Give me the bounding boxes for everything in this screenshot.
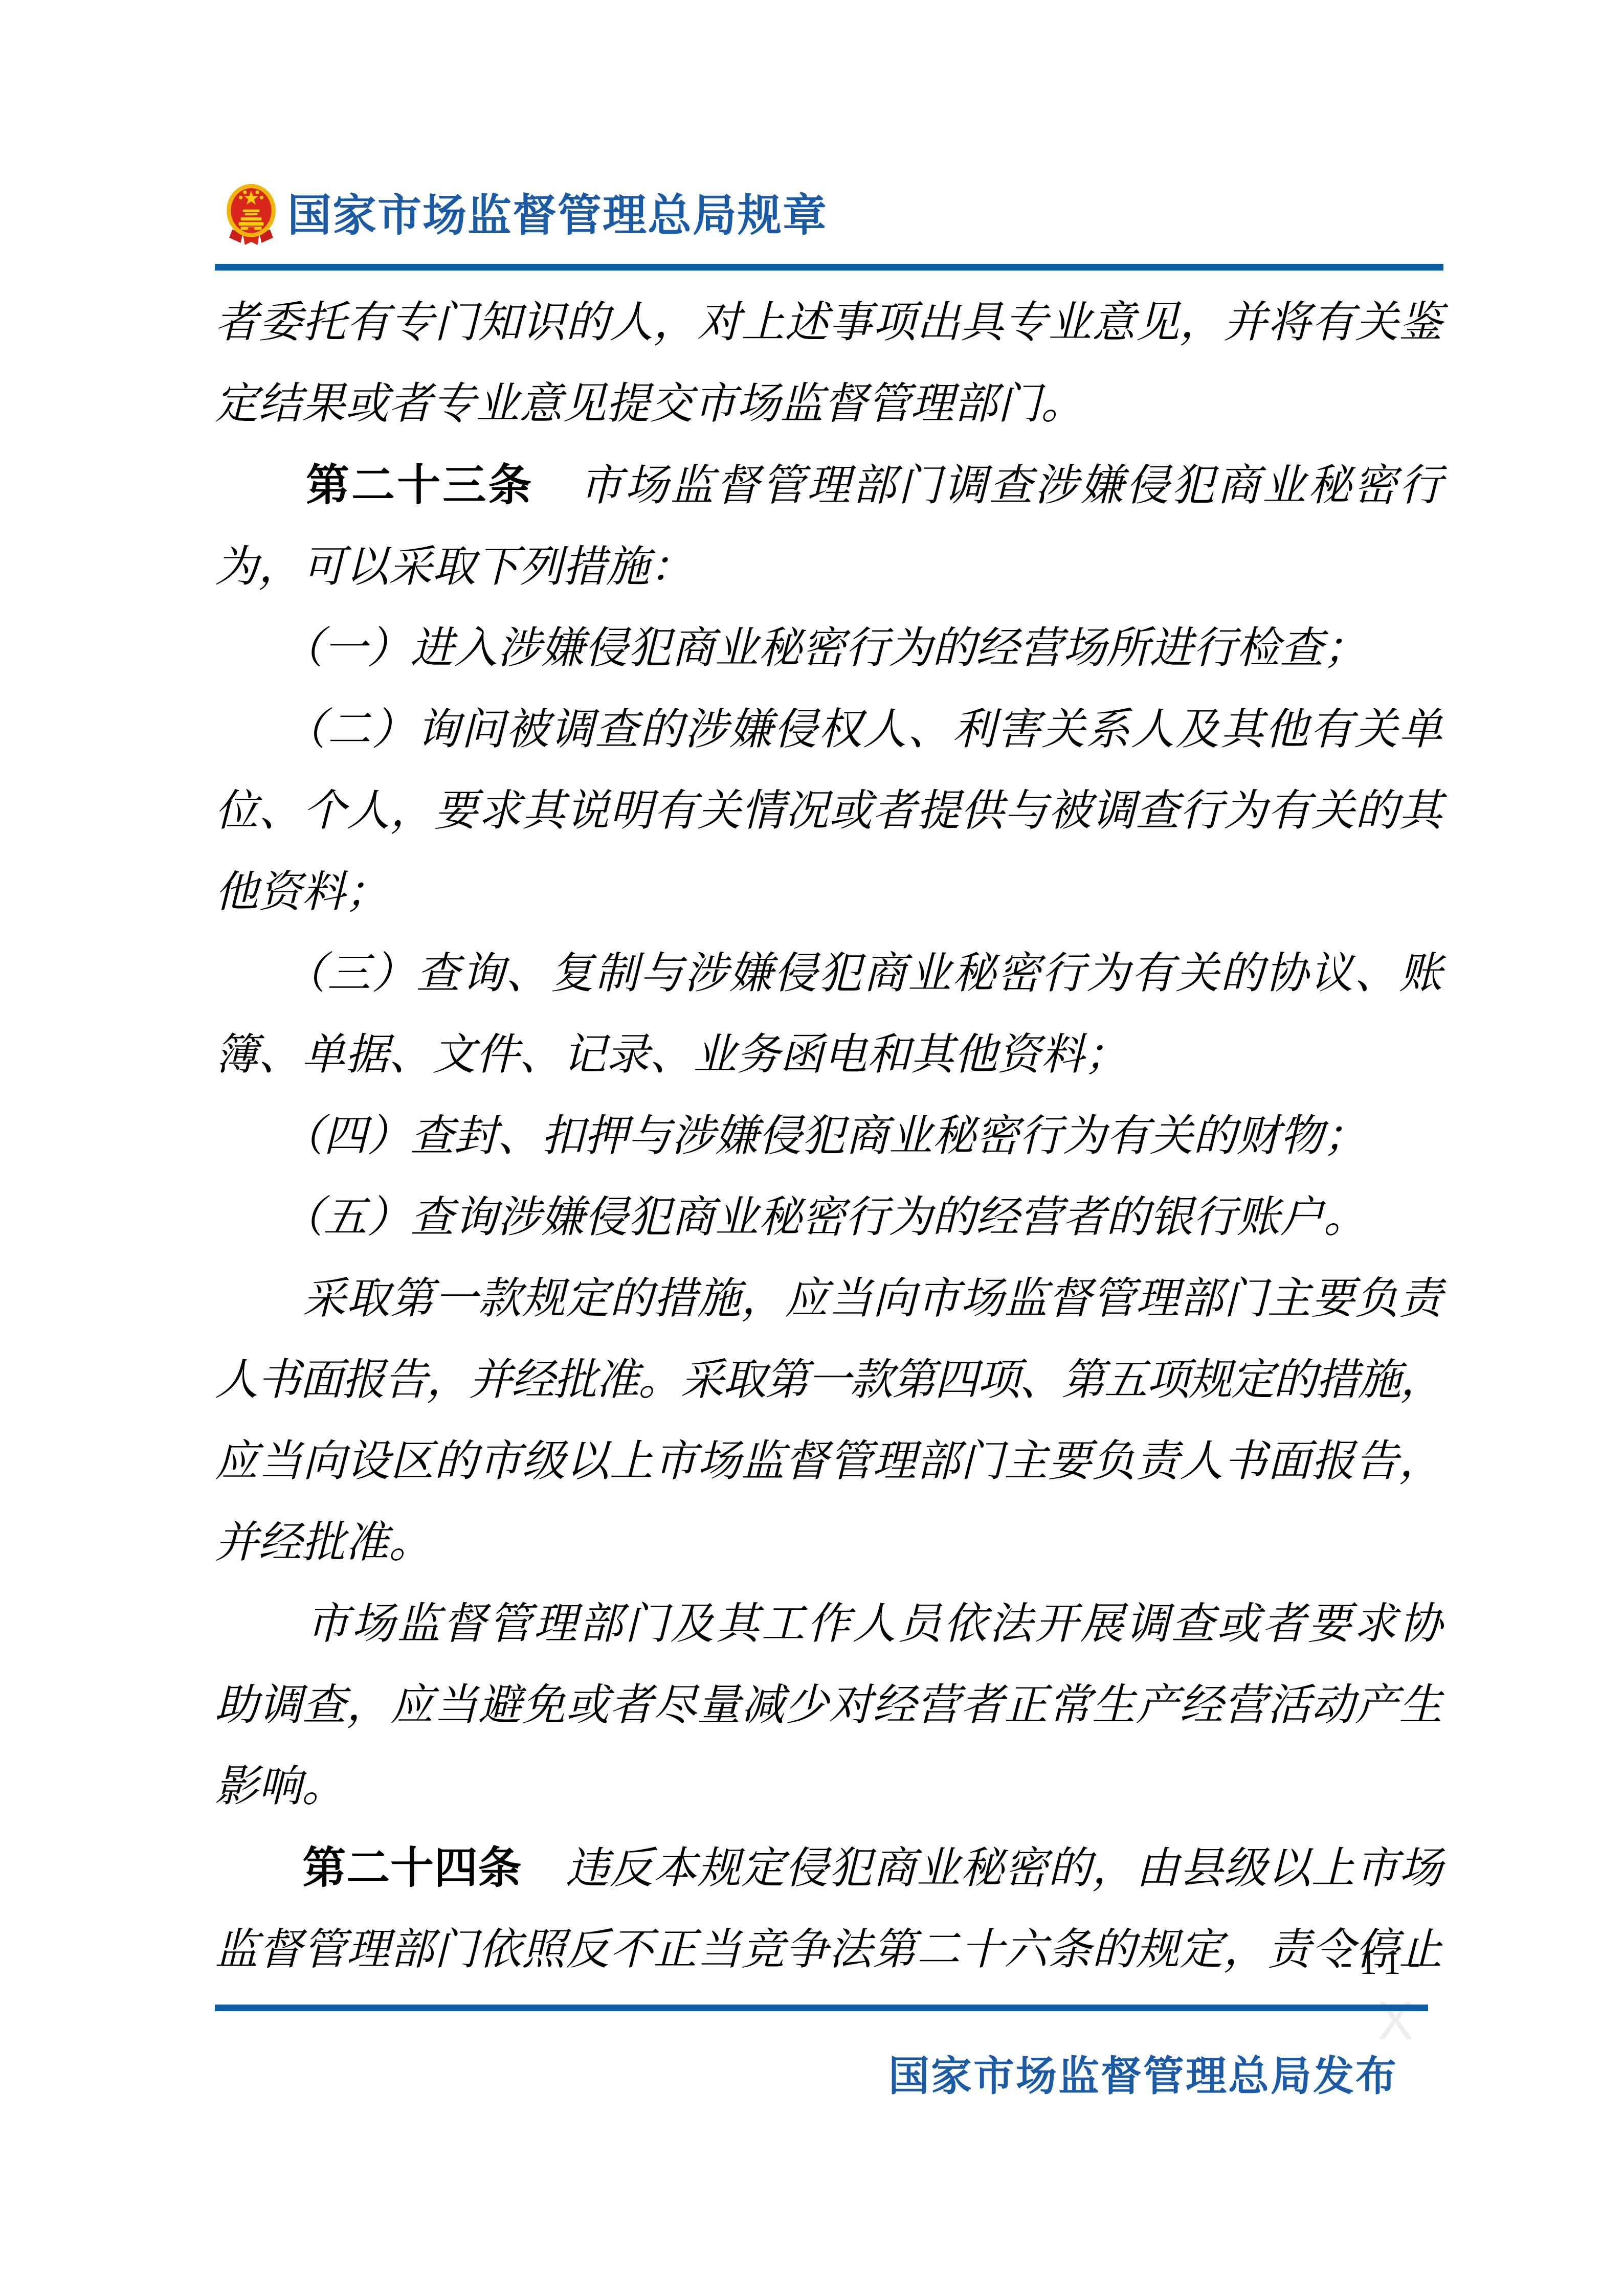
body-text: 者委托有专门知识的人，对上述事项出具专业意见，并将有关鉴定结果或者专业意见提交市… [215, 282, 1442, 1991]
body-line: 监督管理部门依照反不正当竞争法第二十六条的规定，责令停止 [215, 1909, 1442, 1991]
article-number: 第二十四条 [302, 1844, 522, 1893]
body-line-text: 影响。 [215, 1763, 345, 1811]
body-line-text: 定结果或者专业意见提交市场监督管理部门。 [215, 380, 1084, 428]
publisher-line: 国家市场监督管理总局发布 [888, 2054, 1398, 2099]
scan-artifact-mark: X [1377, 1991, 1413, 2052]
body-line: 第二十三条 市场监督管理部门调查涉嫌侵犯商业秘密行 [215, 445, 1442, 527]
body-line-text: 应当向设区的市级以上市场监督管理部门主要负责人书面报告， [215, 1437, 1442, 1485]
body-line-text: （四）查封、扣押与涉嫌侵犯商业秘密行为有关的财物； [215, 1112, 1367, 1160]
body-line-text: （五）查询涉嫌侵犯商业秘密行为的经营者的银行账户。 [215, 1194, 1367, 1242]
body-line: 并经批准。 [215, 1502, 1442, 1584]
body-line: （三）查询、复制与涉嫌侵犯商业秘密行为有关的协议、账 [215, 933, 1442, 1015]
body-line-text: 他资料； [215, 868, 389, 916]
body-line-text: 助调查，应当避免或者尽量减少对经营者正常生产经营活动产生 [215, 1681, 1442, 1729]
body-line-text: 违反本规定侵犯商业秘密的，由县级以上市场 [522, 1844, 1442, 1893]
body-line: （四）查封、扣押与涉嫌侵犯商业秘密行为有关的财物； [215, 1096, 1442, 1177]
body-line-text: （三）查询、复制与涉嫌侵犯商业秘密行为有关的协议、账 [215, 950, 1442, 998]
body-line: 者委托有专门知识的人，对上述事项出具专业意见，并将有关鉴 [215, 282, 1442, 364]
china-national-emblem-icon [225, 183, 277, 251]
body-line-text: （二）询问被调查的涉嫌侵权人、利害关系人及其他有关单 [215, 706, 1442, 754]
body-line: 采取第一款规定的措施，应当向市场监督管理部门主要负责 [215, 1258, 1442, 1340]
body-line: （二）询问被调查的涉嫌侵权人、利害关系人及其他有关单 [215, 689, 1442, 771]
body-line-text: 人书面报告，并经批准。采取第一款第四项、第五项规定的措施， [215, 1356, 1442, 1404]
body-line-text: 并经批准。 [215, 1519, 432, 1567]
body-line: 助调查，应当避免或者尽量减少对经营者正常生产经营活动产生 [215, 1665, 1442, 1746]
body-line-text: 簿、单据、文件、记录、业务函电和其他资料； [215, 1031, 1128, 1079]
body-line-text: 位、个人，要求其说明有关情况或者提供与被调查行为有关的其 [215, 787, 1442, 835]
body-line: 位、个人，要求其说明有关情况或者提供与被调查行为有关的其 [215, 771, 1442, 852]
document-header-title: 国家市场监督管理总局规章 [287, 192, 828, 239]
page-number: -11- [1340, 1942, 1427, 1983]
footer-rule [215, 2005, 1428, 2011]
body-line: 市场监督管理部门及其工作人员依法开展调查或者要求协 [215, 1584, 1442, 1665]
body-line: 第二十四条 违反本规定侵犯商业秘密的，由县级以上市场 [215, 1828, 1442, 1909]
body-line: 人书面报告，并经批准。采取第一款第四项、第五项规定的措施， [215, 1340, 1442, 1421]
body-line-text: 者委托有专门知识的人，对上述事项出具专业意见，并将有关鉴 [215, 299, 1442, 347]
header-rule [215, 264, 1443, 271]
body-line: 应当向设区的市级以上市场监督管理部门主要负责人书面报告， [215, 1421, 1442, 1502]
body-line-text: 采取第一款规定的措施，应当向市场监督管理部门主要负责 [215, 1275, 1442, 1323]
body-line: 影响。 [215, 1746, 1442, 1828]
body-line: 为，可以采取下列措施： [215, 527, 1442, 608]
body-line: （五）查询涉嫌侵犯商业秘密行为的经营者的银行账户。 [215, 1177, 1442, 1258]
body-line-text [215, 1844, 302, 1893]
body-line-text [215, 462, 306, 510]
body-line: 他资料； [215, 852, 1442, 933]
body-line: （一）进入涉嫌侵犯商业秘密行为的经营场所进行检查； [215, 608, 1442, 689]
body-line-text: 市场监督管理部门调查涉嫌侵犯商业秘密行 [533, 462, 1442, 510]
body-line: 簿、单据、文件、记录、业务函电和其他资料； [215, 1015, 1442, 1096]
body-line: 定结果或者专业意见提交市场监督管理部门。 [215, 364, 1442, 445]
body-line-text: 监督管理部门依照反不正当竞争法第二十六条的规定，责令停止 [215, 1926, 1442, 1974]
body-line-text: （一）进入涉嫌侵犯商业秘密行为的经营场所进行检查； [215, 624, 1367, 672]
document-page: 国家市场监督管理总局规章 X 者委托有专门知识的人，对上述事项出具专业意见，并将… [0, 0, 1624, 2296]
body-line-text: 为，可以采取下列措施： [215, 543, 693, 591]
article-number: 第二十三条 [306, 461, 533, 510]
body-line-text: 市场监督管理部门及其工作人员依法开展调查或者要求协 [215, 1600, 1442, 1648]
